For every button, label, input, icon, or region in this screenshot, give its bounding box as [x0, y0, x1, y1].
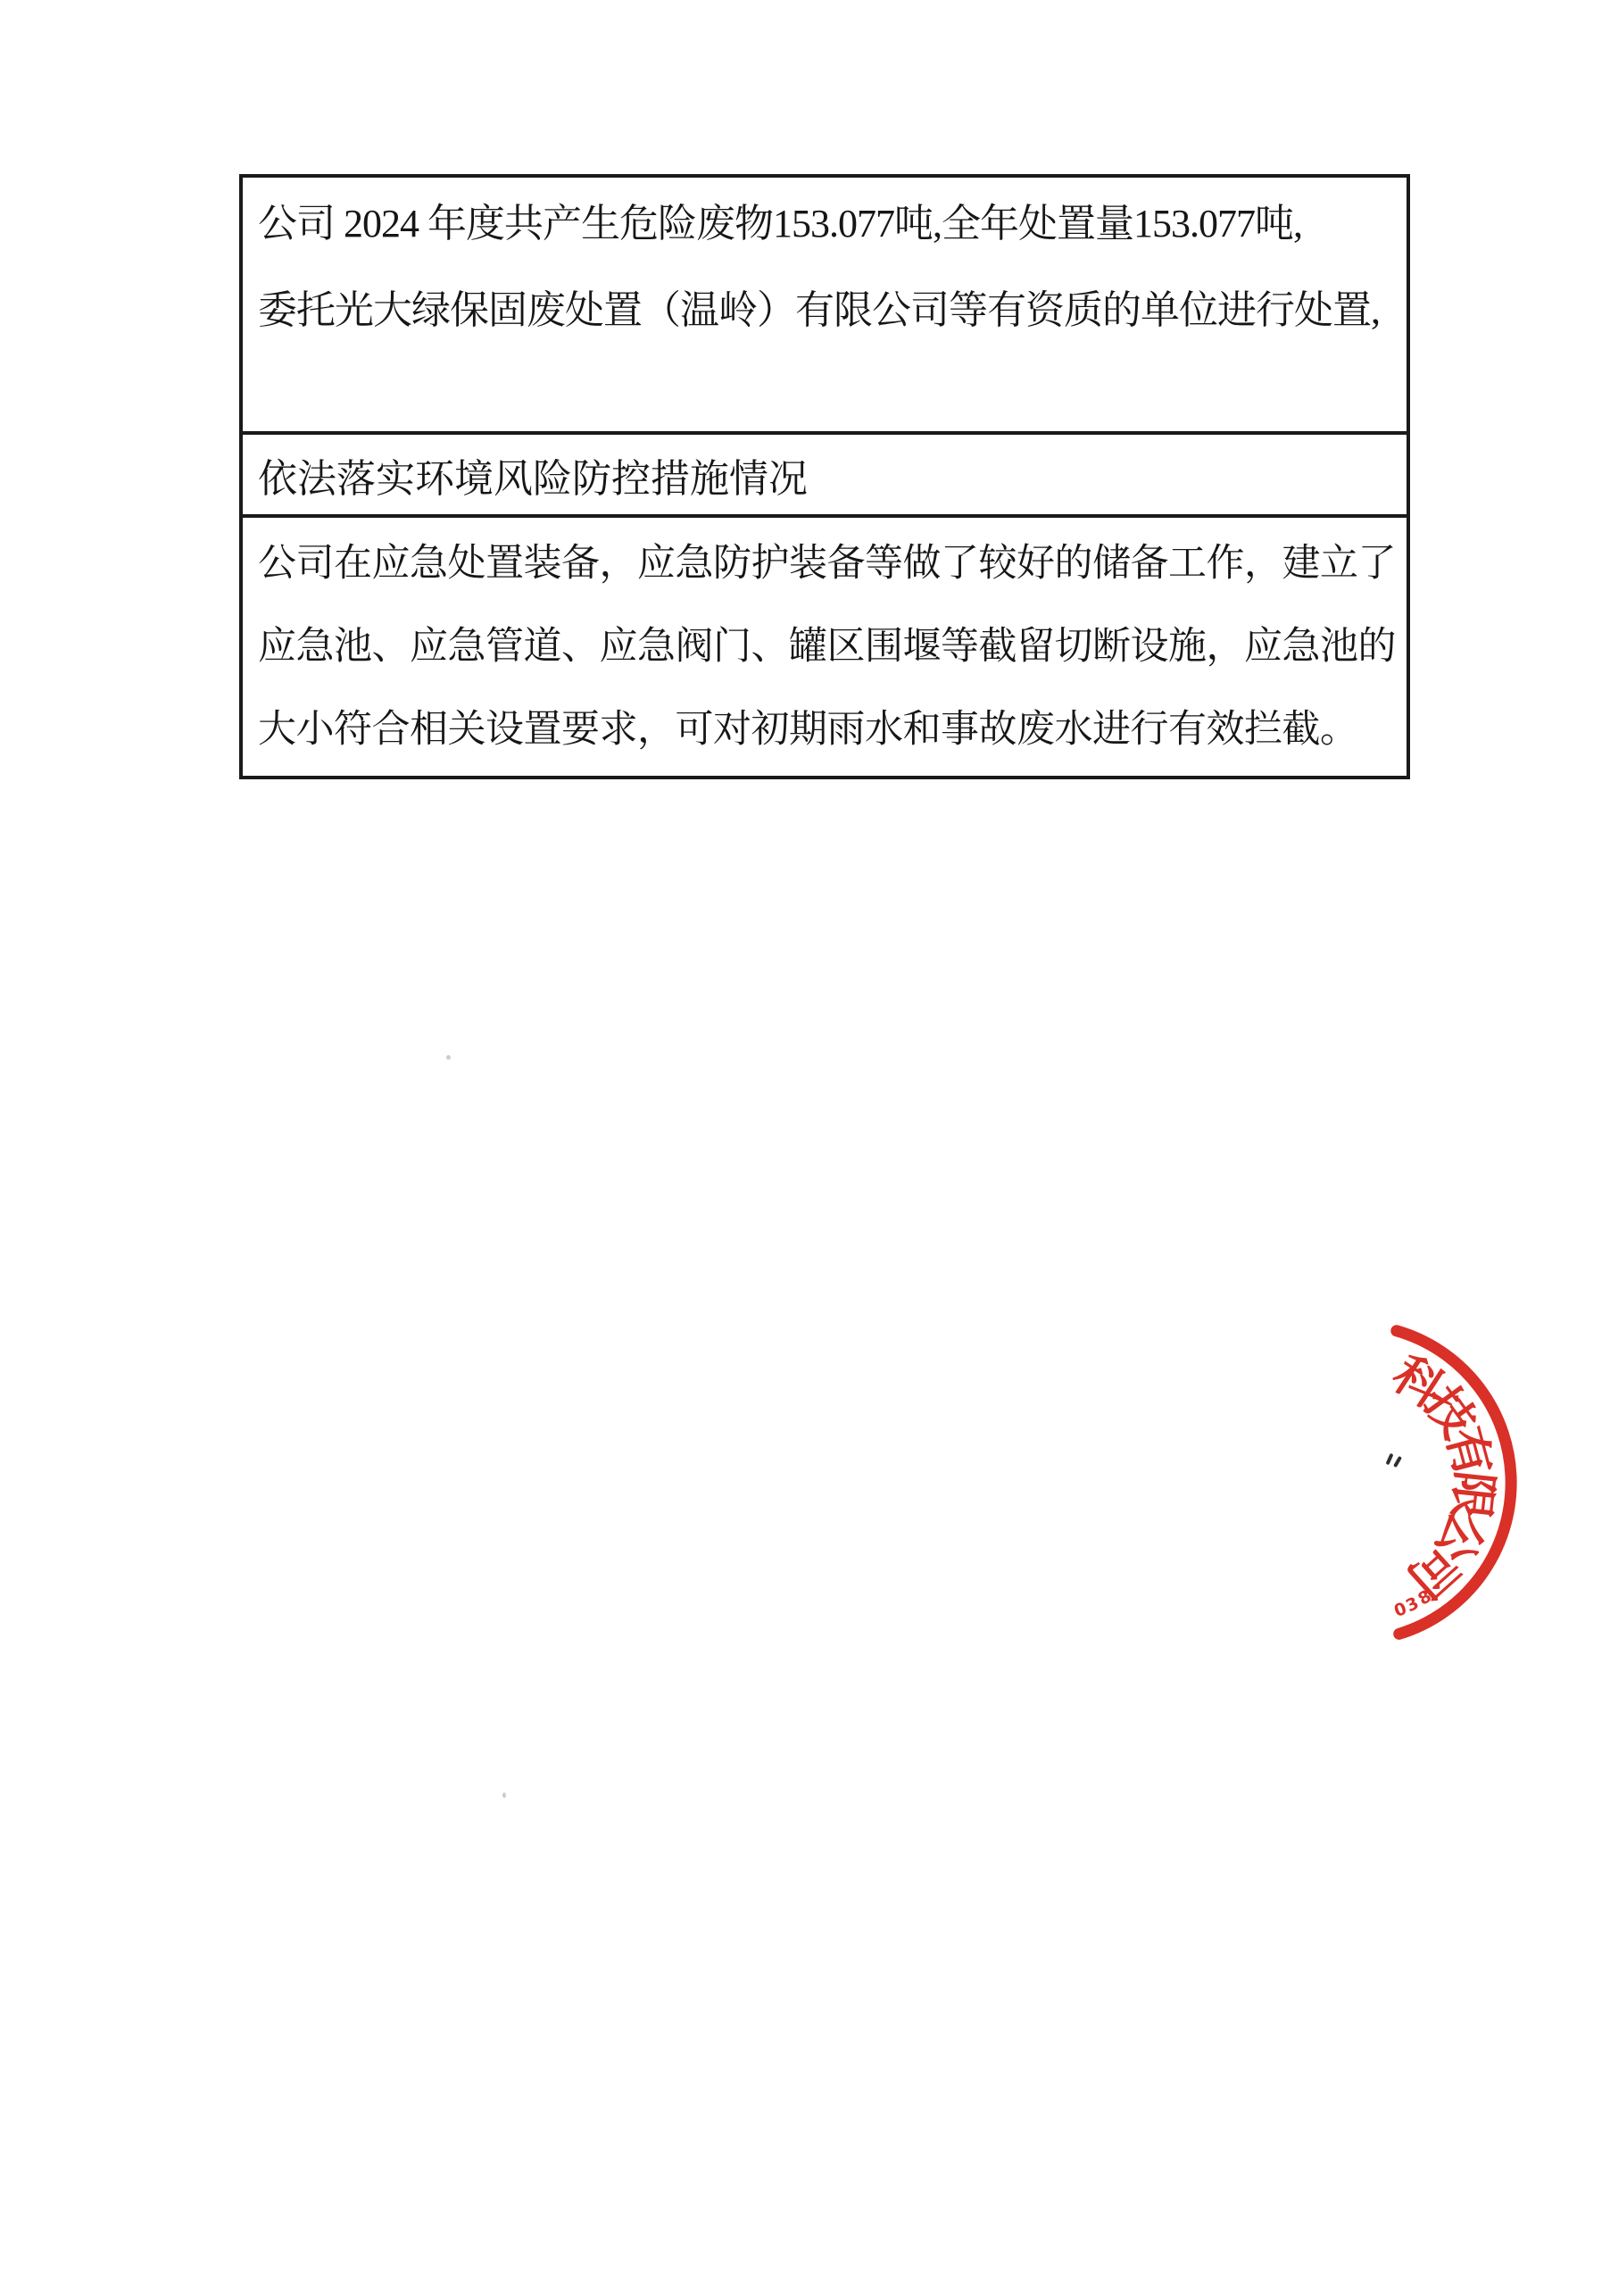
risk-measures-header-cell: 依法落实环境风险防控措施情况 — [243, 435, 1407, 514]
waste-disposal-line-2: 委托光大绿保固废处置（温岭）有限公司等有资质的单位进行处置, — [258, 267, 1399, 354]
waste-disposal-line-1: 公司 2024 年度共产生危险废物153.077吨,全年处置量153.077吨, — [258, 180, 1399, 267]
ink-speck — [446, 1055, 451, 1060]
risk-measures-body-cell: 公司在应急处置装备，应急防护装备等做了较好的储备工作，建立了 应急池、应急管道、… — [243, 518, 1407, 772]
risk-measures-line-1: 公司在应急处置装备，应急防护装备等做了较好的储备工作，建立了 — [258, 522, 1399, 605]
risk-measures-header-label: 依法落实环境风险防控措施情况 — [258, 446, 808, 503]
risk-measures-line-3: 大小符合相关设置要求，可对初期雨水和事故废水进行有效拦截。 — [258, 688, 1399, 771]
environment-report-table: 公司 2024 年度共产生危险废物153.077吨,全年处置量153.077吨,… — [239, 174, 1410, 779]
scanned-document-page: 公司 2024 年度共产生危险废物153.077吨,全年处置量153.077吨,… — [0, 0, 1610, 2296]
ink-speck — [502, 1793, 506, 1798]
waste-disposal-cell: 公司 2024 年度共产生危险废物153.077吨,全年处置量153.077吨,… — [243, 178, 1407, 431]
company-seal-stamp: 科 技 有 限 公 司 0 3 8 — [1178, 1299, 1535, 1674]
risk-measures-line-2: 应急池、应急管道、应急阀门、罐区围堰等截留切断设施，应急池的 — [258, 605, 1399, 688]
